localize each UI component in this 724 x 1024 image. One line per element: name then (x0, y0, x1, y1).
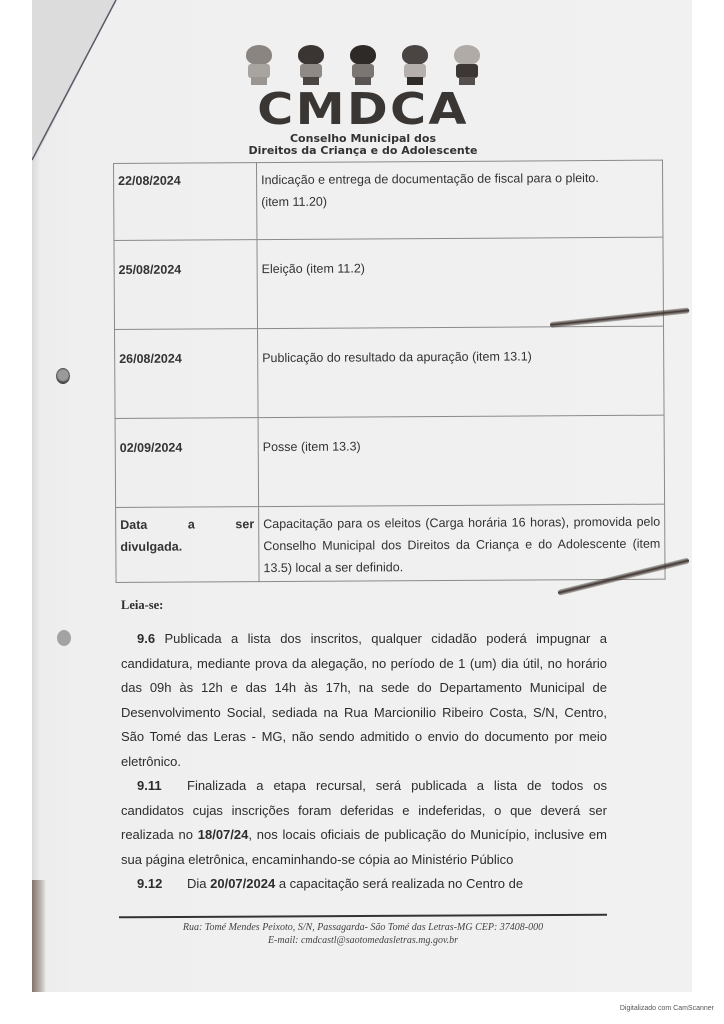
schedule-description: Publicação do resultado da apuração (ite… (258, 326, 665, 417)
punch-hole-icon (56, 368, 70, 384)
item-text: Dia (187, 876, 210, 891)
item-number: 9.11 (121, 774, 187, 799)
table-row: 02/09/2024 Posse (item 13.3) (115, 415, 665, 507)
schedule-date: 25/08/2024 (114, 240, 258, 330)
election-schedule-table: 22/08/2024 Indicação e entrega de docume… (113, 160, 666, 583)
table-row: 26/08/2024 Publicação do resultado da ap… (115, 326, 665, 418)
table-row: 25/08/2024 Eleição (item 11.2) (114, 237, 664, 329)
logo-subtitle-line2: Direitos da Criança e do Adolescente (208, 145, 518, 157)
item-date: 20/07/2024 (210, 876, 275, 891)
schedule-description: Eleição (item 11.2) (257, 237, 664, 328)
description-line: (item 11.20) (261, 189, 658, 213)
schedule-date: 02/09/2024 (115, 418, 259, 508)
cmdca-logo: CMDCA Conselho Municipal dos Direitos da… (208, 45, 518, 165)
item-number: 9.6 (121, 631, 155, 646)
scanner-watermark: Digitalizado com CamScanner (620, 1005, 714, 1012)
schedule-date: 22/08/2024 (114, 163, 257, 241)
description-line: Indicação e entrega de documentação de f… (261, 167, 658, 191)
schedule-date: Data a ser divulgada. (116, 507, 259, 583)
item-text: Publicada a lista dos inscritos, qualque… (121, 631, 607, 769)
document-body: Leia-se: 9.6 Publicada a lista dos inscr… (121, 598, 607, 897)
date-word: Data (120, 514, 147, 536)
children-illustration-icon (208, 45, 518, 85)
page-edge-shadow (32, 880, 46, 992)
paragraph-9-11: 9.11Finalizada a etapa recursal, será pu… (121, 774, 607, 872)
paragraph-9-6: 9.6 Publicada a lista dos inscritos, qua… (121, 627, 607, 774)
page-footer: Rua: Tomé Mendes Peixoto, S/N, Passagard… (119, 921, 607, 947)
leia-se-heading: Leia-se: (121, 598, 607, 613)
punch-hole-icon (57, 630, 71, 646)
schedule-description: Capacitação para os eleitos (Carga horár… (259, 504, 665, 581)
footer-email: E-mail: cmdcastl@saotomedasletras.mg.gov… (119, 934, 607, 947)
paragraph-9-12: 9.12Dia 20/07/2024 a capacitação será re… (121, 872, 607, 897)
schedule-description: Indicação e entrega de documentação de f… (257, 160, 663, 239)
footer-address: Rua: Tomé Mendes Peixoto, S/N, Passagard… (119, 921, 607, 934)
item-date: 18/07/24 (198, 827, 249, 842)
item-number: 9.12 (121, 872, 187, 897)
date-word: a (188, 514, 195, 536)
logo-wordmark: CMDCA (189, 87, 536, 133)
item-text: a capacitação será realizada no Centro d… (275, 876, 523, 891)
table-row: 22/08/2024 Indicação e entrega de docume… (114, 160, 663, 240)
date-word: ser (235, 513, 254, 535)
table-row: Data a ser divulgada. Capacitação para o… (116, 504, 665, 582)
folded-page-corner (32, 0, 116, 165)
schedule-date: 26/08/2024 (115, 329, 259, 419)
date-word: divulgada. (120, 535, 254, 558)
schedule-description: Posse (item 13.3) (258, 415, 665, 506)
